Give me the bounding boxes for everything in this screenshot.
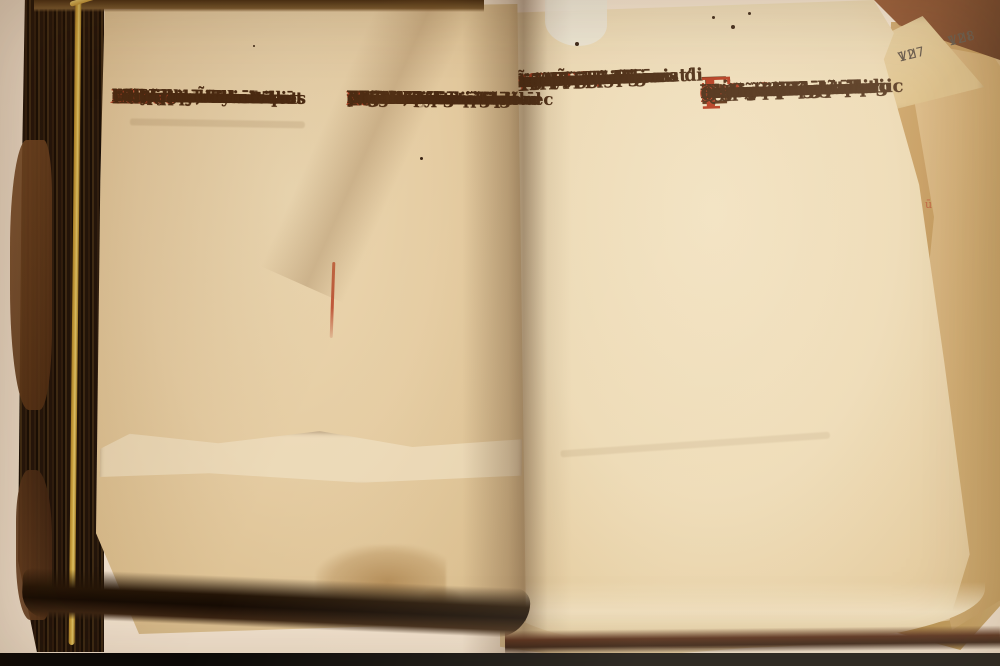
photo-bottom-border <box>0 653 1000 666</box>
ink-speck <box>731 25 735 29</box>
ink-speck <box>253 45 255 47</box>
leather-fragment <box>10 140 52 410</box>
gutter-shadow <box>462 0 572 660</box>
ink-speck <box>575 42 579 46</box>
ink-speck <box>748 12 751 15</box>
text-run: u iuretur <box>174 87 255 107</box>
manuscript-photo: VII 127 VIII 128 ū Accedens doī Offetoiū… <box>0 0 1000 666</box>
manuscript-line: u iuretur <box>112 86 174 111</box>
ink-speck <box>712 16 715 19</box>
book-bottom-edge <box>505 625 1000 654</box>
red-edge-mark: ū <box>925 198 932 211</box>
ink-speck <box>420 157 423 160</box>
